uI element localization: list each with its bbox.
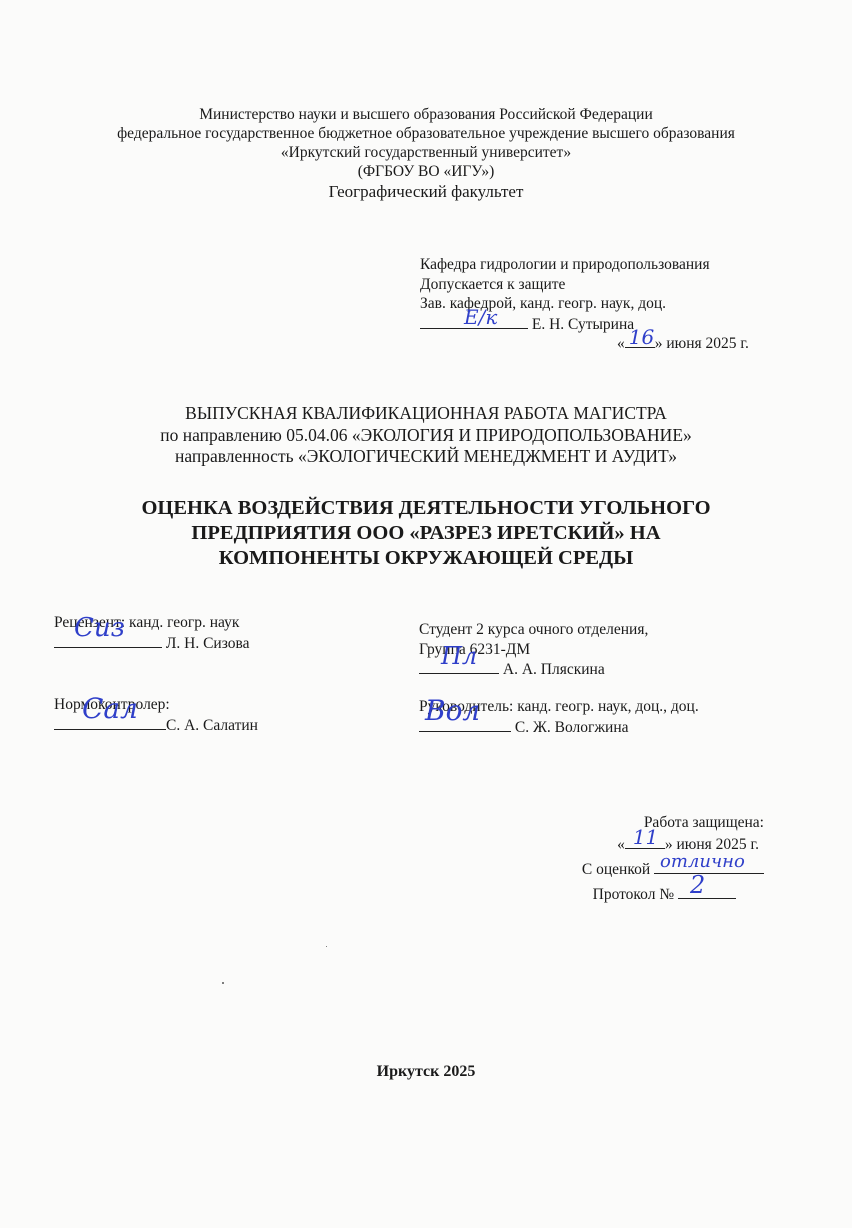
thesis-title: ОЦЕНКА ВОЗДЕЙСТВИЯ ДЕЯТЕЛЬНОСТИ УГОЛЬНОГ… — [0, 496, 852, 571]
faculty-name: Географический факультет — [0, 181, 852, 203]
title-line: ОЦЕНКА ВОЗДЕЙСТВИЯ ДЕЯТЕЛЬНОСТИ УГОЛЬНОГ… — [0, 496, 852, 521]
head-signature-line: Е. Н. Сутырина Е/к — [420, 314, 710, 335]
protocol-number: 2 — [690, 874, 705, 896]
supervisor-signature-line: С. Ж. Вологжина Вол — [419, 717, 699, 738]
student-label: Студент 2 курса очного отделения, — [419, 620, 648, 640]
department-name: Кафедра гидрологии и природопользования — [420, 255, 710, 275]
city-year: Иркутск 2025 — [0, 1063, 852, 1081]
approval-day: 16 — [629, 325, 654, 349]
grade-value: отлично — [660, 851, 745, 873]
ministry-header: Министерство науки и высшего образования… — [0, 105, 852, 203]
student-name: А. А. Пляскина — [503, 661, 605, 678]
defense-day: 11 — [633, 826, 658, 848]
grade-label: С оценкой — [582, 861, 650, 878]
university-name: «Иркутский государственный университет» — [0, 143, 852, 162]
work-type: ВЫПУСКНАЯ КВАЛИФИКАЦИОННАЯ РАБОТА МАГИСТ… — [0, 403, 852, 425]
title-line: ПРЕДПРИЯТИЯ ООО «РАЗРЕЗ ИРЕТСКИЙ» НА — [0, 521, 852, 546]
student-signature-line: А. А. Пляскина Пл — [419, 659, 648, 680]
supervisor-signature: Вол — [425, 701, 480, 721]
protocol-label: Протокол № — [593, 886, 675, 903]
student-block: Студент 2 курса очного отделения, Группа… — [419, 620, 648, 680]
normcontrol-signature: Сал — [82, 699, 138, 719]
reviewer-block: Рецензент: канд. геогр. наук Л. Н. Сизов… — [54, 613, 250, 653]
work-direction: по направлению 05.04.06 «ЭКОЛОГИЯ И ПРИР… — [0, 425, 852, 447]
grade-line: С оценкой отлично — [582, 859, 764, 881]
head-name: Е. Н. Сутырина — [532, 316, 634, 333]
university-abbreviation: (ФГБОУ ВО «ИГУ») — [0, 162, 852, 181]
title-line: КОМПОНЕНТЫ ОКРУЖАЮЩЕЙ СРЕДЫ — [0, 546, 852, 571]
normcontrol-block: Нормоконтролер: С. А. Салатин Сал — [54, 695, 258, 735]
student-signature: Пл — [441, 647, 477, 667]
approval-block: Кафедра гидрологии и природопользования … — [420, 255, 710, 334]
supervisor-block: Руководитель: канд. геогр. наук, доц., д… — [419, 697, 699, 737]
scan-speck — [222, 982, 224, 984]
ministry-name: Министерство науки и высшего образования… — [0, 105, 852, 124]
admitted-label: Допускается к защите — [420, 275, 710, 295]
reviewer-name: Л. Н. Сизова — [166, 635, 250, 652]
reviewer-signature-line: Л. Н. Сизова Сиз — [54, 633, 250, 654]
scan-speck — [326, 946, 327, 947]
approval-date: «16» июня 2025 г. — [617, 333, 749, 353]
head-signature: Е/к — [464, 308, 497, 328]
work-type-block: ВЫПУСКНАЯ КВАЛИФИКАЦИОННАЯ РАБОТА МАГИСТ… — [0, 403, 852, 468]
supervisor-name: С. Ж. Вологжина — [515, 719, 629, 736]
normcontrol-name: С. А. Салатин — [166, 717, 258, 734]
reviewer-signature: Сиз — [74, 619, 125, 639]
normcontrol-signature-line: С. А. Салатин Сал — [54, 715, 258, 736]
work-focus: направленность «ЭКОЛОГИЧЕСКИЙ МЕНЕДЖМЕНТ… — [0, 446, 852, 468]
institution-type: федеральное государственное бюджетное об… — [0, 124, 852, 143]
protocol-line: Протокол № 2 — [582, 884, 736, 906]
defense-block: Работа защищена: «11» июня 2025 г. С оце… — [582, 812, 764, 906]
defense-protected-label: Работа защищена: — [582, 812, 764, 834]
